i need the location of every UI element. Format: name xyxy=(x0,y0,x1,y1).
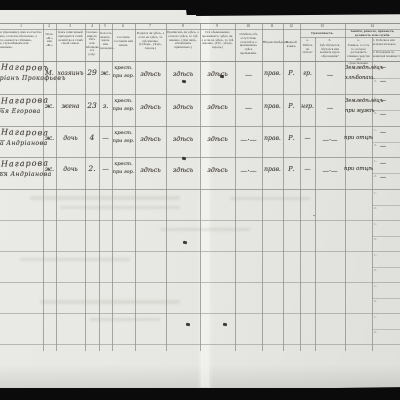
row-literacy-school: — xyxy=(315,104,345,112)
ink-blot xyxy=(183,241,188,245)
edge-pen-stub xyxy=(0,108,5,109)
header-col-sex: Полъ: «М.» или «Ж.» xyxy=(44,33,55,48)
row-language: Р. xyxy=(283,134,300,142)
header-literacy-letter-b: б. xyxy=(315,38,345,42)
row-residence: здѣсь xyxy=(200,70,235,78)
row-literacy-school: — xyxy=(315,71,345,79)
row-language: Р. xyxy=(283,69,300,77)
column-number: 6 xyxy=(122,24,124,28)
ink-blot xyxy=(186,323,191,327)
film-border-top-right xyxy=(196,0,400,16)
row-side-entry-2: — xyxy=(380,78,386,85)
header-literacy-letter-a: а. xyxy=(300,38,315,42)
side-label-2: 2. xyxy=(374,174,377,178)
side-label-1: 1. xyxy=(374,128,377,132)
row-sex: ж. xyxy=(43,102,56,110)
row-side-entry-1: — xyxy=(380,64,386,71)
film-border-bottom-right xyxy=(190,387,400,400)
column-number: 3 xyxy=(69,24,71,28)
header-col-absence: Отмѣтка объ отсутствіи, отлучкѣ и о врем… xyxy=(236,33,261,56)
row-occupation-line1: Земледѣлецъ xyxy=(345,98,372,104)
ink-blot xyxy=(223,323,228,327)
row-sex: ж. xyxy=(43,134,56,142)
row-faith: прав. xyxy=(262,135,283,142)
side-label-2: 2. xyxy=(374,330,377,334)
header-literacy-read: Умѣетъ ли читать? xyxy=(301,44,314,55)
row-age: 2. xyxy=(85,164,99,173)
row-literacy-read: — xyxy=(300,135,315,142)
row-age: 29 xyxy=(85,68,99,77)
row-birthplace: здѣсь xyxy=(135,135,166,143)
side-label-1: 1. xyxy=(374,284,377,288)
header-col-marital: Холостъ, женатъ, вдовъ или разведенъ. xyxy=(100,32,111,50)
side-label-1: 1. xyxy=(374,159,377,163)
row-literacy-school: —·— xyxy=(315,167,345,175)
row-absence: —·— xyxy=(235,167,262,175)
side-label-2: 2. xyxy=(374,206,377,210)
row-occupation-line2: хлѣбопаш. xyxy=(345,75,372,81)
row-name-line1: Нагарова xyxy=(1,158,49,168)
side-label-1: 1. xyxy=(374,253,377,257)
bleed-through-smudge xyxy=(230,197,310,200)
column-number: 12 xyxy=(289,24,293,28)
row-age: 4 xyxy=(85,133,99,142)
row-occupation-line1: при отцѣ xyxy=(344,166,373,172)
row-relation: дочь xyxy=(56,135,85,142)
ink-blot xyxy=(313,215,315,216)
header-col-birthplace: Родился ли здѣсь, а если не здѣсь, то гд… xyxy=(136,32,165,51)
row-estate-line2: при гор. xyxy=(110,73,137,79)
side-label-2: 2. xyxy=(374,237,377,241)
side-label-2: 2. xyxy=(374,299,377,303)
row-registered: здѣсь xyxy=(166,103,200,111)
row-absence: — xyxy=(235,71,262,79)
bleed-through-smudge xyxy=(160,228,250,231)
row-sex: ж. xyxy=(43,165,56,173)
row-estate-line1: крест. xyxy=(112,98,135,104)
row-estate-line2: при гор. xyxy=(110,169,137,175)
row-literacy-read: нгр. xyxy=(300,103,315,110)
grid-subcol-line xyxy=(315,37,316,351)
edge-pen-stub xyxy=(0,172,5,173)
side-label-1: 1. xyxy=(374,315,377,319)
row-registered: здѣсь xyxy=(166,166,200,174)
bleed-through-smudge xyxy=(90,318,160,321)
row-side-entry-2: — xyxy=(380,174,386,181)
film-notch xyxy=(185,0,202,15)
row-side-entry-2: — xyxy=(380,111,386,118)
row-estate-line2: при гор. xyxy=(110,106,137,112)
row-name-line2: Анна Андріанова xyxy=(0,140,48,147)
column-number: 9 xyxy=(216,24,218,28)
ink-blot xyxy=(182,80,187,84)
row-name-line1: Нагарова xyxy=(1,95,49,105)
row-absence: — xyxy=(235,104,262,112)
page-fold-seam xyxy=(201,10,209,387)
row-literacy-read: — xyxy=(300,166,315,173)
header-col-estate: Сословіе, состояніе или званіе. xyxy=(113,36,134,47)
column-number: 8 xyxy=(182,24,184,28)
header-col-relation: Какъ записанный приходится главѣ хозяйст… xyxy=(57,31,84,46)
side-label-1: 1. xyxy=(374,191,377,195)
header-col-names: Фамилія (прозвище), имя и отчество или и… xyxy=(0,31,42,50)
header-occupation-main: Главное, то есть то, которое доставляетъ… xyxy=(346,44,371,65)
row-birthplace: здѣсь xyxy=(135,166,166,174)
column-number: 14 xyxy=(370,24,374,28)
row-literacy-school: —·— xyxy=(315,136,345,144)
row-name-line1: Нагарова xyxy=(1,127,49,137)
row-estate-line1: крест. xyxy=(112,161,135,167)
row-occupation-line2: при мужѣ xyxy=(345,108,372,114)
row-residence: здѣсь xyxy=(200,135,235,143)
header-occupation-side: 1. Побочное или вспомогательное. xyxy=(373,39,400,46)
header-occupation-military: 2. Положеніе по воинской повинности. xyxy=(373,51,400,58)
grid-subcol-line xyxy=(372,37,373,351)
column-number: 2 xyxy=(48,24,50,28)
header-col-registered: Приписанъ ли здѣсь, а если не здѣсь, то … xyxy=(167,31,199,50)
row-occupation-line1: Земледѣлецъ xyxy=(345,65,372,71)
row-relation: дочь xyxy=(56,166,85,173)
header-occupation-letter-a: а. xyxy=(345,38,372,42)
row-language: Р. xyxy=(283,165,300,173)
row-faith: прав. xyxy=(262,70,283,77)
header-col-language: Родной языкъ. xyxy=(284,41,299,49)
row-estate-line2: при гор. xyxy=(110,138,137,144)
row-side-entry-1: — xyxy=(380,97,386,104)
row-estate-line1: крест. xyxy=(112,130,135,136)
row-residence: здѣсь xyxy=(200,166,235,174)
row-side-entry-1: — xyxy=(380,160,386,167)
row-absence: —·— xyxy=(235,136,262,144)
header-literacy-school: Гдѣ обучается, обучался или кончилъ курс… xyxy=(316,44,344,59)
row-registered: здѣсь xyxy=(166,70,200,78)
row-registered: здѣсь xyxy=(166,135,200,143)
bleed-through-smudge xyxy=(40,300,180,304)
side-label-2: 2. xyxy=(374,143,377,147)
column-number: 4 xyxy=(91,24,93,28)
row-faith: прав. xyxy=(262,103,283,110)
row-literacy-read: гр. xyxy=(300,70,315,77)
header-col-residence: Гдѣ обыкновенно проживаетъ: здѣсь ли, а … xyxy=(201,31,234,50)
bleed-through-smudge xyxy=(30,196,180,200)
column-number: 13 xyxy=(320,24,324,28)
side-label-2: 2. xyxy=(374,268,377,272)
ink-blot xyxy=(182,157,187,161)
column-number: 11 xyxy=(270,24,273,28)
row-age: 23 xyxy=(85,101,99,110)
grid-col-line xyxy=(345,23,346,351)
row-side-entry-2: — xyxy=(380,143,386,150)
census-sheet-scan: Фамилія (прозвище), имя и отчество или и… xyxy=(0,0,400,400)
row-relation: жена xyxy=(56,103,85,110)
header-group-literacy: Грамотность. xyxy=(300,31,345,35)
side-label-2: 2. xyxy=(374,111,377,115)
row-sex: М. xyxy=(43,69,56,77)
row-language: Р. xyxy=(283,102,300,110)
bleed-through-smudge xyxy=(60,206,180,209)
row-residence: здѣсь xyxy=(200,103,235,111)
column-number: 5 xyxy=(104,24,106,28)
column-number: 7 xyxy=(149,24,151,28)
edge-pen-stub xyxy=(0,140,5,141)
row-occupation-line1: при отцѣ xyxy=(344,135,373,141)
column-number: 10 xyxy=(246,24,250,28)
header-col-faith: Вѣроисповѣданіе. xyxy=(263,41,282,45)
ink-blot xyxy=(220,75,225,79)
row-side-entry-1: — xyxy=(380,129,386,136)
row-birthplace: здѣсь xyxy=(135,70,166,78)
bleed-through-smudge xyxy=(20,258,130,261)
header-col-age: Сколько минуло лѣтъ или мѣсяцевъ отъ род… xyxy=(86,31,98,57)
column-number: 1 xyxy=(20,24,22,28)
row-estate-line1: крест. xyxy=(112,65,135,71)
row-name-line2: Марья Егорова xyxy=(0,108,41,115)
grid-subcell-line xyxy=(372,50,400,51)
row-birthplace: здѣсь xyxy=(135,103,166,111)
row-faith: прав. xyxy=(262,166,283,173)
row-relation: хозяинъ xyxy=(56,70,85,77)
side-label-1: 1. xyxy=(374,222,377,226)
